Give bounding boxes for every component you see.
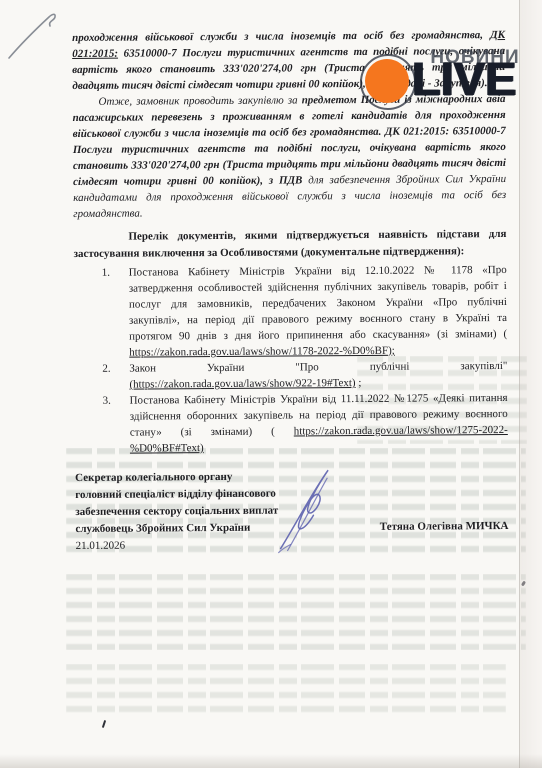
documents-list: 1. Постанова Кабінету Міністрів України … [74,262,508,457]
page-edge [0,754,542,768]
text-segment: ; [356,377,362,389]
text-segment: Отже, замовник проводить закупівлю за [98,94,301,107]
logo-text-live: LIVE [412,55,516,102]
pen-stroke-mark [5,0,75,65]
scanned-document-page: проходження військової служби з числа ін… [0,0,542,768]
bleedthrough-text-block [66,664,506,714]
list-item: 3. Постанова Кабінету Міністрів України … [130,390,508,457]
pen-mark-bottom-left [102,720,106,728]
handwritten-signature [270,464,359,557]
item-text: Закон України "Про публічні закупівлі" [129,358,507,377]
signature-block: Секретар колегіального органу головний с… [75,467,509,555]
news-live-watermark-logo: НОВИНИ LIVE [355,42,542,112]
item-number: 2. [102,361,110,377]
list-item: 1. Постанова Кабінету Міністрів України … [129,262,508,361]
link-url[interactable]: https://zakon.rada.gov.ua/laws/show/1178… [129,345,395,359]
signer-name: Тетяна Олегівна МИЧКА [380,518,509,535]
item-text: Постанова Кабінету Міністрів України від… [129,264,508,359]
link-url[interactable]: (https://zakon.rada.gov.ua/laws/show/922… [129,377,355,391]
bleedthrough-text-block [66,574,526,650]
logo-orange-dot-icon [365,59,409,103]
item-number: 3. [103,393,111,409]
item-text: Постанова Кабінету Міністрів України від… [130,392,508,455]
list-item: 2. Закон України "Про публічні закупівлі… [129,358,507,393]
item-number: 1. [102,265,110,281]
page-edge [519,0,542,768]
text-segment: Постанова Кабінету Міністрів України від… [129,264,508,343]
section-heading: Перелік документів, якими підтверджуєтьс… [73,226,506,262]
